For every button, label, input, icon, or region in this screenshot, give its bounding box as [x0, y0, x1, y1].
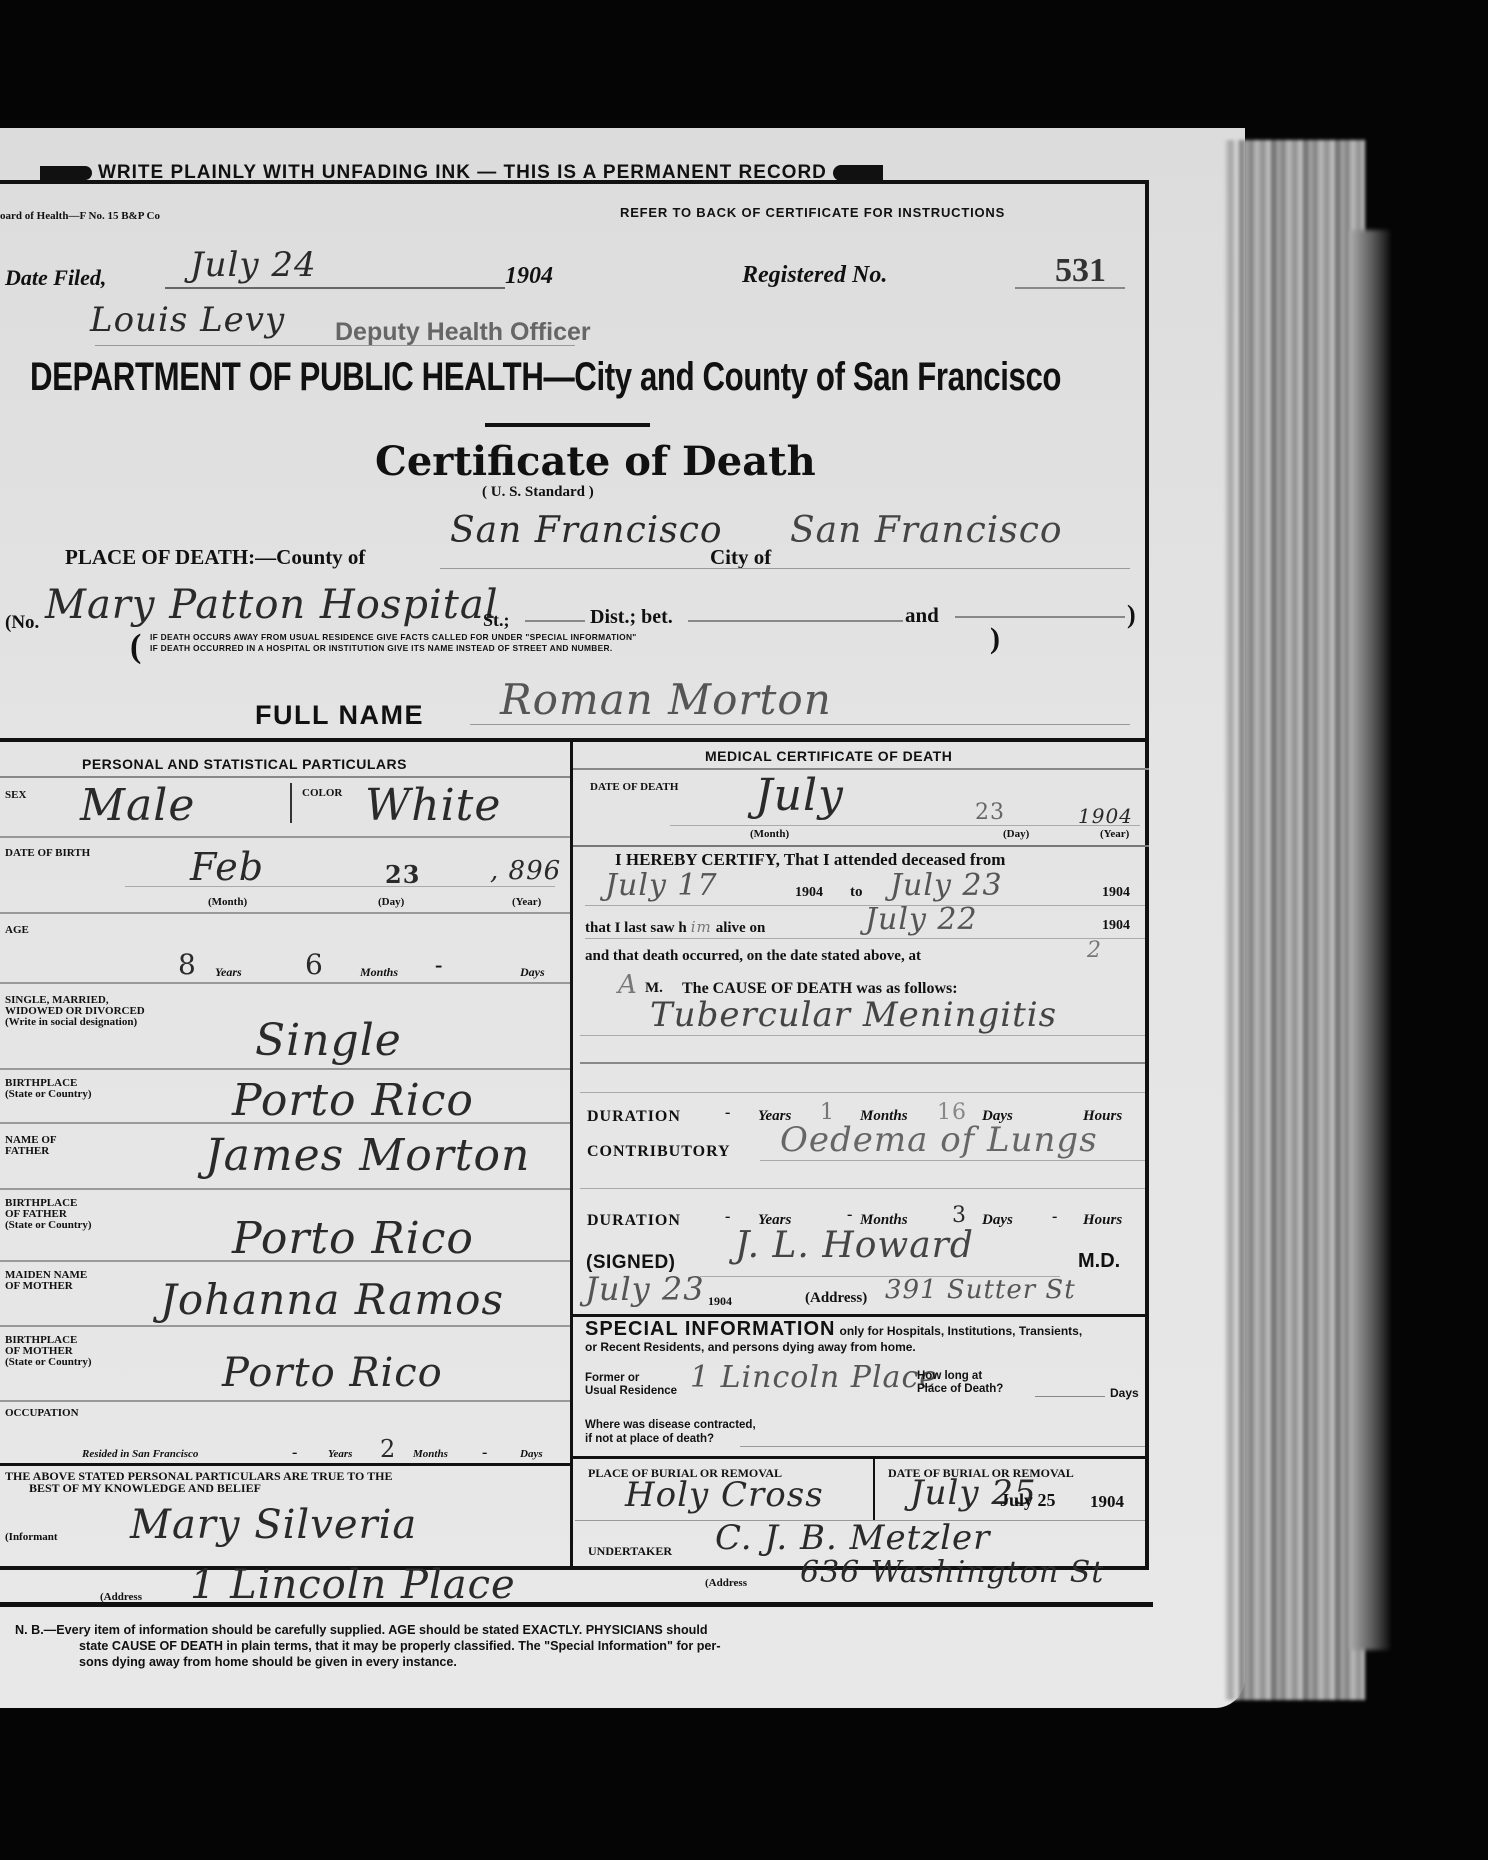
resided-months: 2	[380, 1435, 396, 1463]
certificate-subtitle: ( U. S. Standard )	[482, 484, 594, 501]
signed-date: July 23	[585, 1270, 705, 1308]
date-filed-year: 1904	[505, 263, 553, 290]
book-page-edges	[1225, 140, 1365, 1700]
former-residence-value: 1 Lincoln Place	[690, 1360, 938, 1395]
informant-value: Mary Silveria	[130, 1502, 417, 1548]
county-value: San Francisco	[450, 510, 723, 551]
and-label: and	[905, 603, 939, 628]
city-label: City of	[710, 545, 771, 570]
undertaker-value: C. J. B. Metzler	[715, 1518, 990, 1558]
dob-day: 23	[385, 860, 420, 889]
full-name-value: Roman Morton	[500, 675, 832, 724]
personal-heading: PERSONAL AND STATISTICAL PARTICULARS	[82, 756, 407, 772]
officer-title: Deputy Health Officer	[335, 318, 591, 347]
registered-label: Registered No.	[742, 262, 887, 289]
marital-label: SINGLE, MARRIED, WIDOWED OR DIVORCED (Wr…	[5, 995, 145, 1028]
contributory-value: Oedema of Lungs	[780, 1120, 1098, 1160]
sex-value: Male	[80, 780, 195, 831]
department-title: DEPARTMENT OF PUBLIC HEALTH—City and Cou…	[30, 355, 1061, 400]
last-saw-date: July 22	[865, 902, 978, 937]
marital-value: Single	[255, 1015, 402, 1066]
age-years: 8	[178, 948, 197, 981]
death-hour: 2	[1087, 938, 1102, 963]
footer-note: N. B.—Every item of information should b…	[15, 1622, 721, 1670]
full-name-label: FULL NAME	[255, 700, 424, 731]
street-number-value: Mary Patton Hospital	[45, 582, 499, 628]
certify-text: I HEREBY CERTIFY, That I attended deceas…	[615, 850, 1005, 870]
pointing-hand-icon	[833, 165, 883, 181]
father-birthplace-value: Porto Rico	[232, 1213, 474, 1264]
physician-signature: J. L. Howard	[735, 1225, 974, 1266]
attended-from: July 17	[605, 868, 718, 903]
special-info-heading: SPECIAL INFORMATION only for Hospitals, …	[585, 1318, 1082, 1341]
attestation: THE ABOVE STATED PERSONAL PARTICULARS AR…	[5, 1470, 392, 1494]
cause-of-death-value: Tubercular Meningitis	[650, 995, 1057, 1035]
date-filed-label: Date Filed,	[5, 265, 106, 291]
undertaker-address-value: 636 Washington St	[800, 1555, 1104, 1590]
medical-heading: MEDICAL CERTIFICATE OF DEATH	[705, 748, 952, 764]
street-label: St.;	[483, 610, 510, 631]
registered-number: 531	[1055, 252, 1106, 290]
dod-day: 23	[975, 800, 1005, 825]
book-spine-shadow	[1350, 230, 1390, 1650]
mother-name-value: Johanna Ramos	[160, 1275, 504, 1324]
burial-place-value: Holy Cross	[625, 1475, 824, 1515]
district-label: Dist.; bet.	[590, 606, 673, 629]
age-months: 6	[305, 948, 324, 981]
dob-month: Feb	[190, 845, 264, 889]
column-divider	[570, 740, 573, 1570]
city-value: San Francisco	[790, 510, 1063, 551]
place-of-death-label: PLACE OF DEATH:—County of	[65, 545, 365, 570]
dob-year: , 896	[490, 856, 561, 886]
physician-address: 391 Sutter St	[885, 1275, 1076, 1305]
date-filed-value: July 24	[190, 245, 317, 285]
birthplace-value: Porto Rico	[232, 1075, 474, 1126]
color-value: White	[365, 780, 501, 831]
dod-month: July	[755, 770, 844, 821]
father-name-value: James Morton	[205, 1130, 530, 1181]
mother-birthplace-value: Porto Rico	[222, 1350, 443, 1396]
divider	[485, 423, 650, 427]
age-days: -	[435, 952, 442, 978]
officer-signature: Louis Levy	[90, 300, 285, 340]
burial-year: 1904	[1090, 1492, 1124, 1512]
street-number-label: (No.	[5, 612, 39, 634]
certificate-title: Certificate of Death	[375, 438, 816, 485]
attended-to: July 23	[890, 868, 1003, 903]
meridiem: A	[618, 970, 638, 1000]
place-note: IF DEATH OCCURS AWAY FROM USUAL RESIDENC…	[150, 632, 637, 654]
pointing-hand-icon	[40, 166, 92, 180]
last-saw-label: that I last saw himalive on	[585, 918, 765, 937]
